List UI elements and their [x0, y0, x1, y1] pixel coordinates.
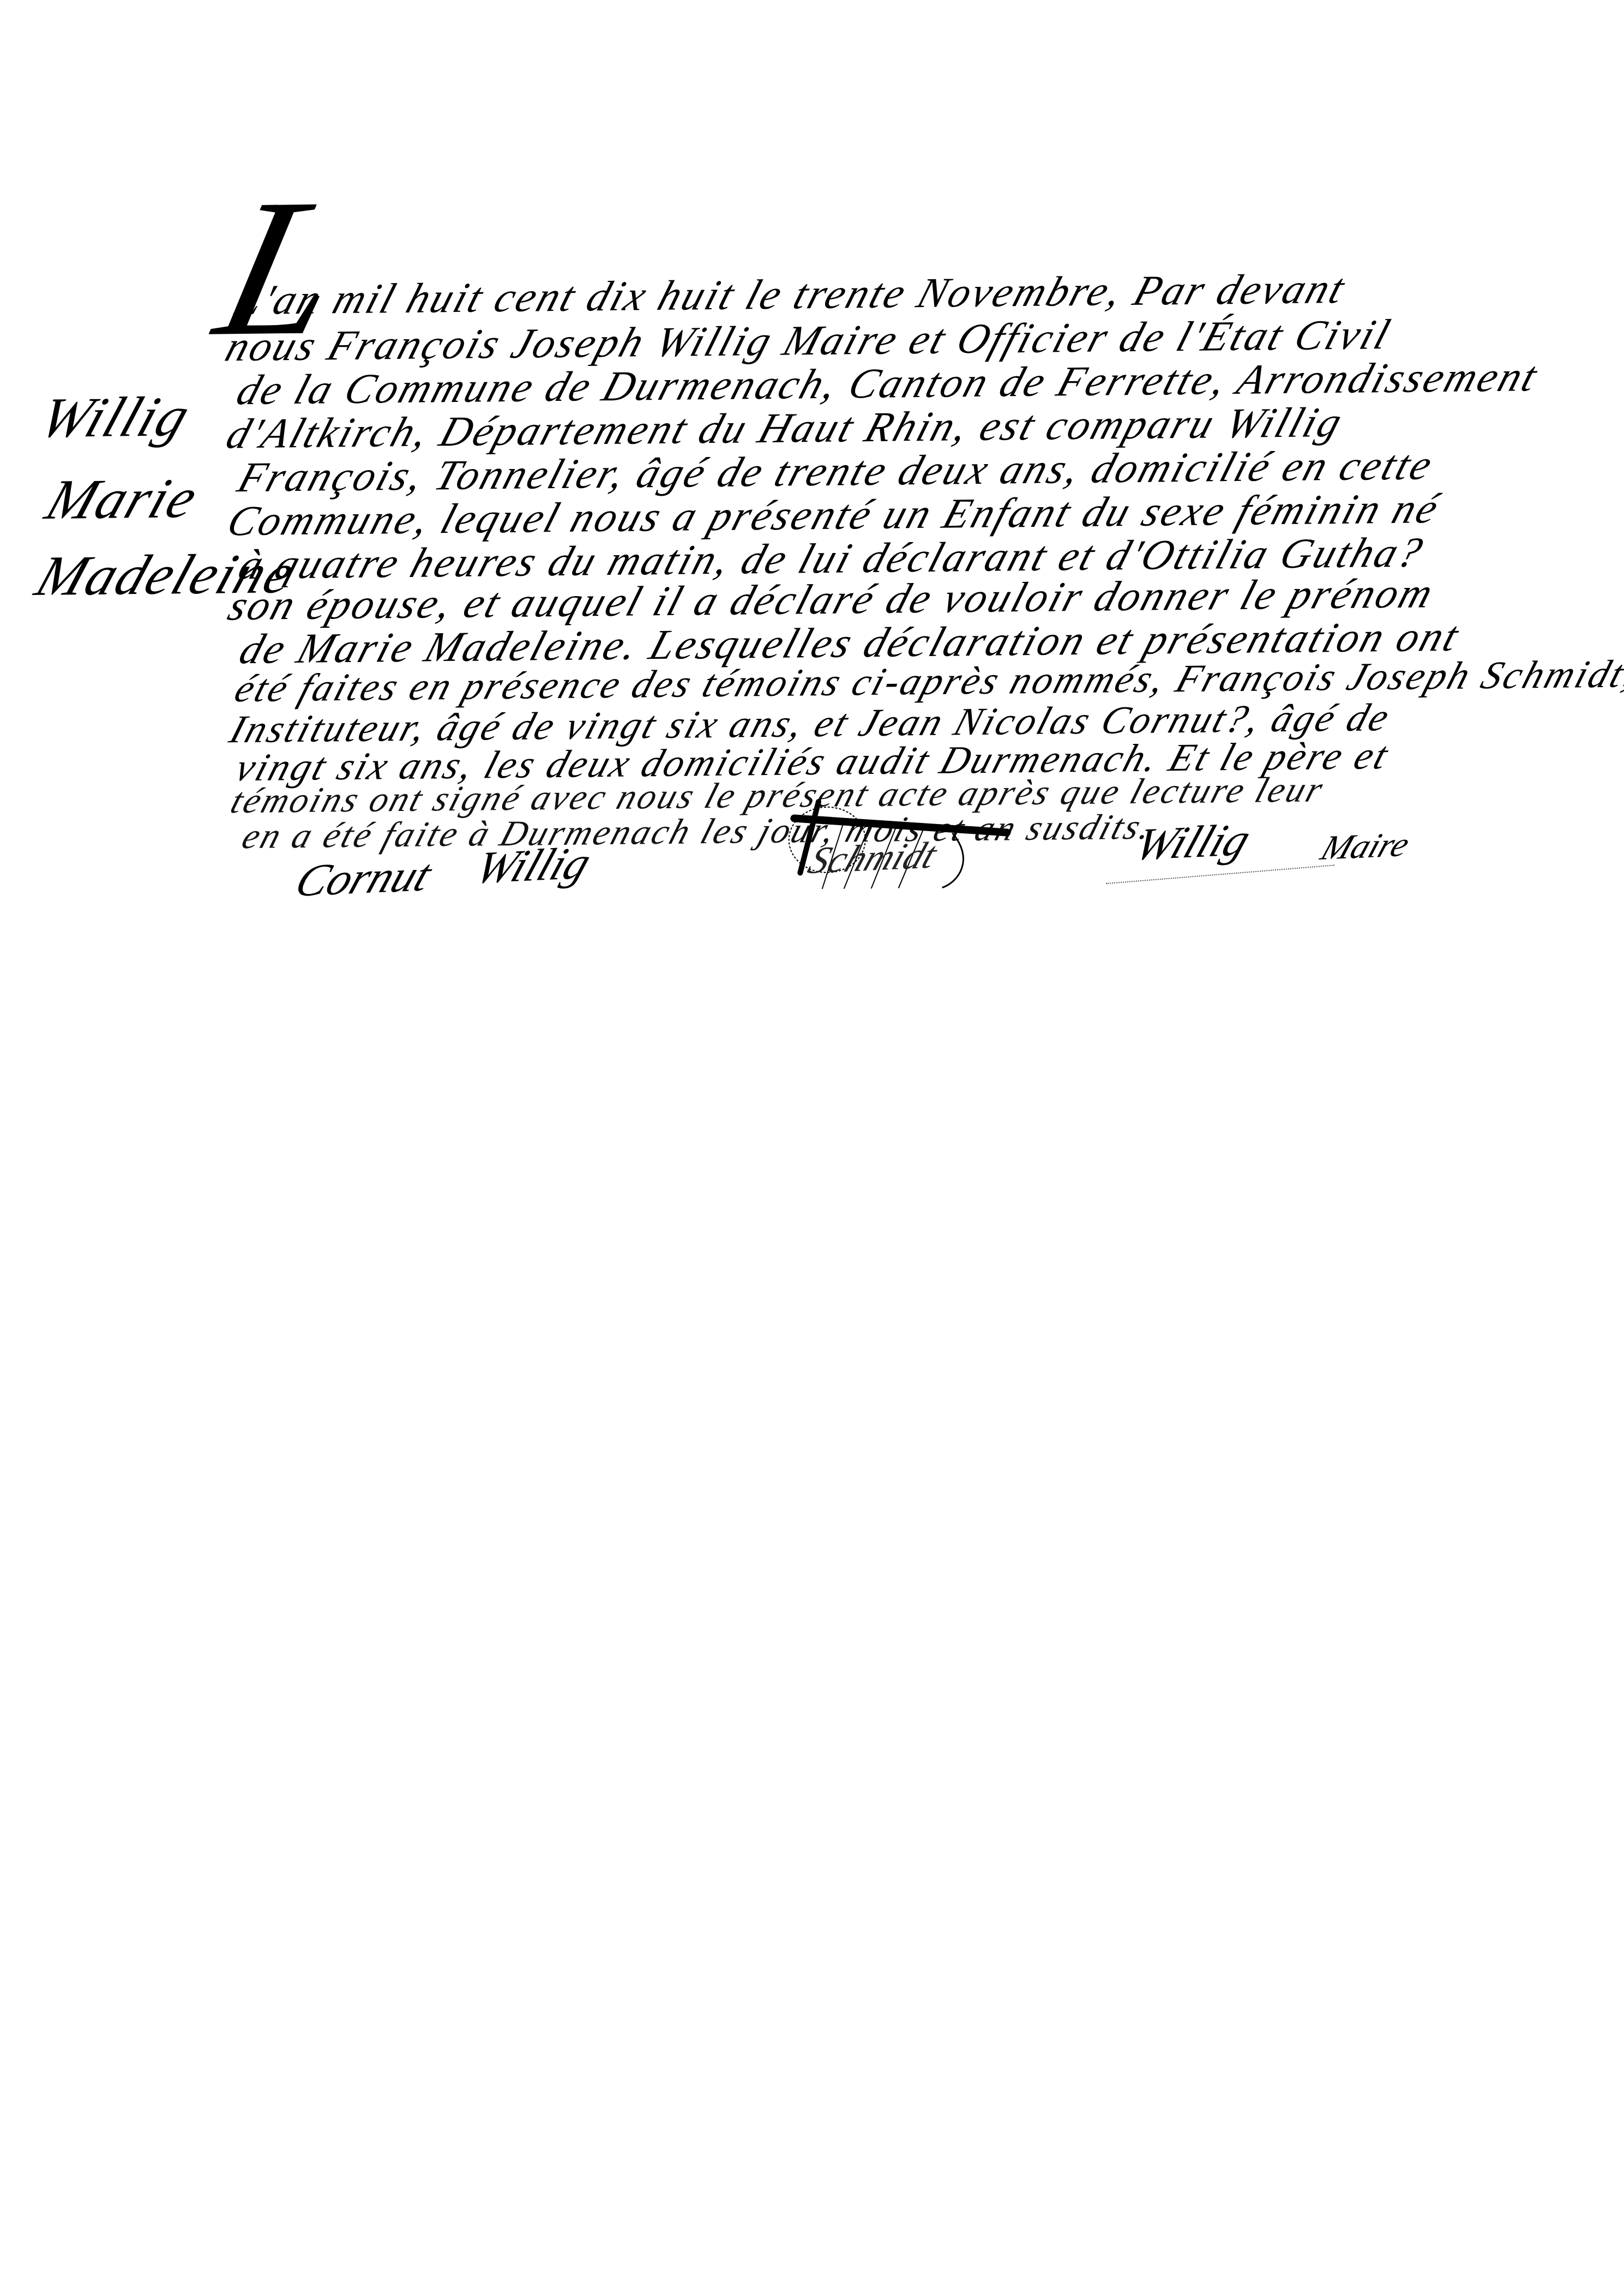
signature-schmidt: Schmidt [803, 837, 942, 880]
margin-surname: Willig [33, 388, 198, 447]
birth-record: L Willig Marie Madeleine L'an mil huit c… [0, 0, 1624, 936]
signature-cornut: Cornut [290, 852, 437, 904]
signature-willig-father: Willig [470, 840, 597, 891]
signature-willig-maire: Willig [1129, 817, 1256, 868]
document-page: L Willig Marie Madeleine L'an mil huit c… [0, 0, 1624, 2296]
signature-maire-title: Maire [1316, 827, 1414, 865]
margin-given-name-1: Marie [39, 470, 206, 528]
